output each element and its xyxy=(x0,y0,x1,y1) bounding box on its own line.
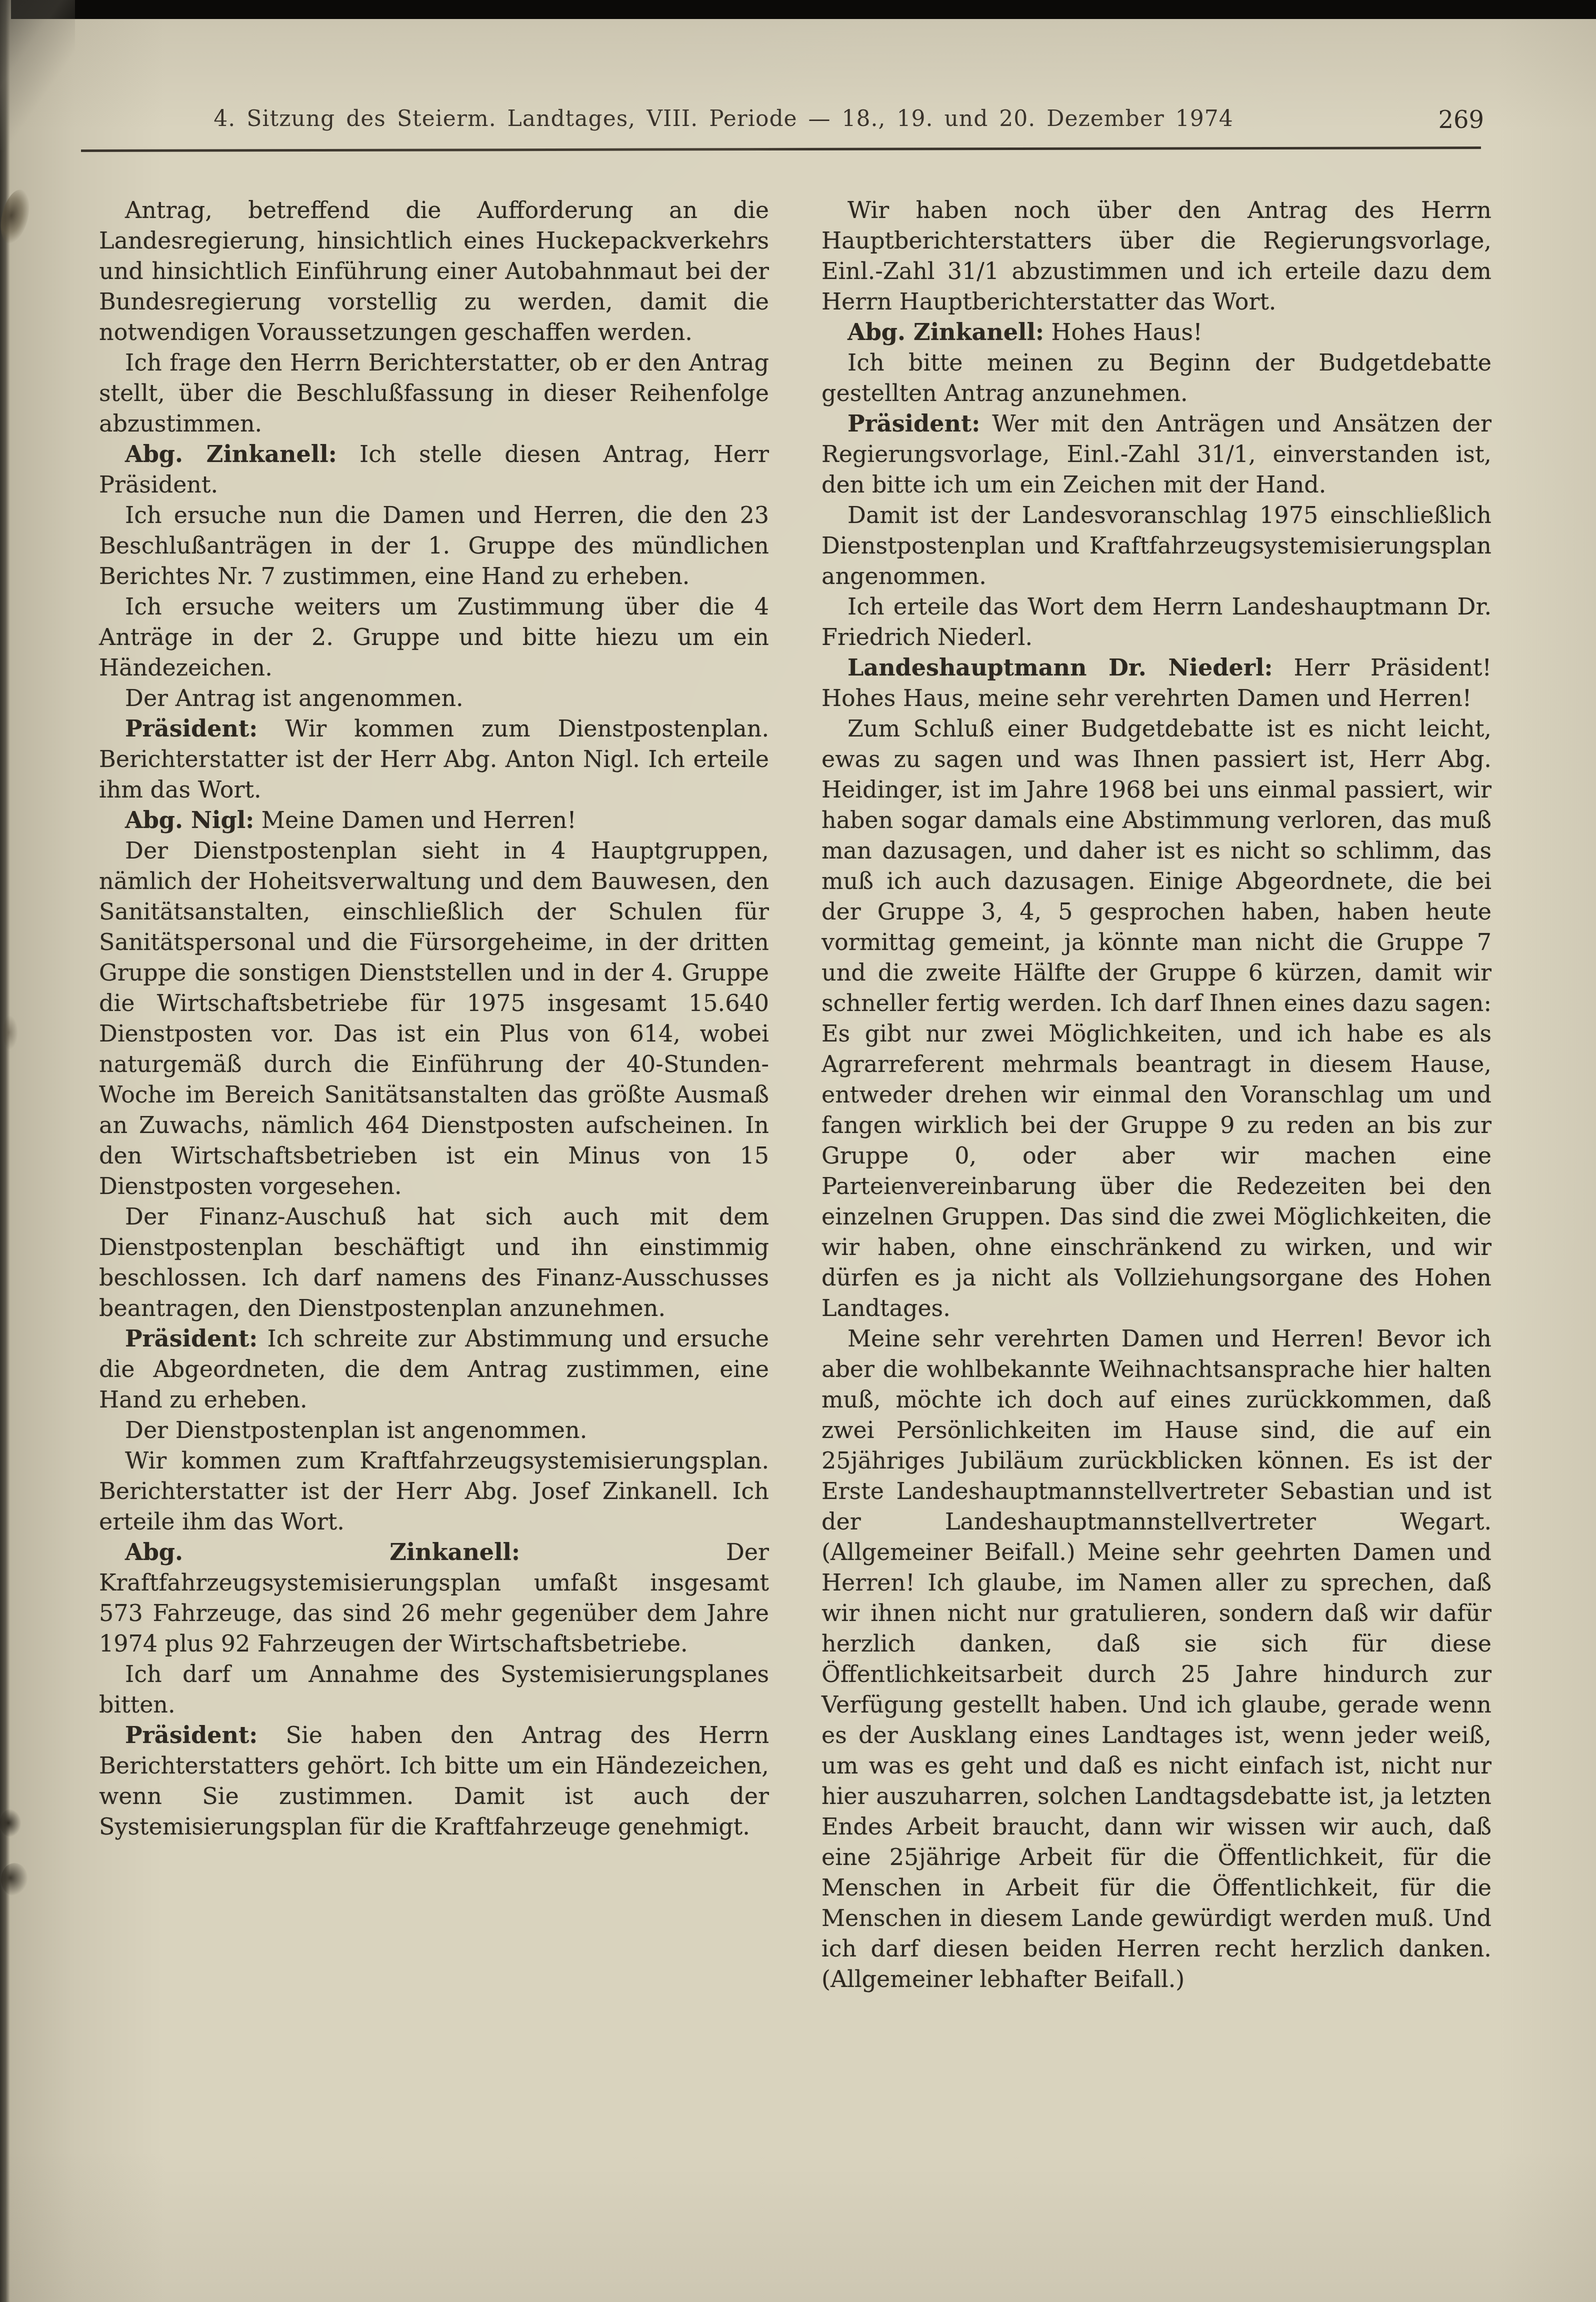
paragraph-text: Zum Schluß einer Budgetdebatte ist es ni… xyxy=(821,715,1491,1321)
paragraph: Zum Schluß einer Budgetdebatte ist es ni… xyxy=(821,713,1491,1323)
paragraph: Abg. Nigl: Meine Damen und Herren! xyxy=(99,805,769,835)
paragraph-text: Damit ist der Landesvoranschlag 1975 ein… xyxy=(821,501,1491,589)
paragraph: Damit ist der Landesvoranschlag 1975 ein… xyxy=(821,500,1491,591)
paragraph: Meine sehr verehrten Damen und Herren! B… xyxy=(821,1323,1491,1994)
paragraph-text: Hohes Haus! xyxy=(1051,318,1202,345)
paragraph-text: Ich darf um Annahme des Systemisierungsp… xyxy=(99,1660,769,1718)
right-column: Wir haben noch über den Antrag des Herrn… xyxy=(821,195,1491,1994)
paragraph-text: Meine Damen und Herren! xyxy=(261,806,576,833)
paragraph-text: Ich bitte meinen zu Beginn der Budgetdeb… xyxy=(821,349,1491,406)
speaker-name: Präsident: xyxy=(125,1721,257,1748)
paragraph: Präsident: Wir kommen zum Dienstpostenpl… xyxy=(99,713,769,805)
paragraph: Antrag, betreffend die Aufforderung an d… xyxy=(99,195,769,347)
speaker-name: Präsident: xyxy=(125,715,257,742)
speaker-name: Abg. Zinkanell: xyxy=(847,318,1044,345)
page-number: 269 xyxy=(1438,106,1484,134)
speaker-name: Präsident: xyxy=(125,1325,257,1352)
paragraph-text: Wir kommen zum Kraftfahrzeugsystemisieru… xyxy=(99,1447,769,1535)
paragraph: Präsident: Ich schreite zur Abstimmung u… xyxy=(99,1323,769,1415)
paragraph: Ich darf um Annahme des Systemisierungsp… xyxy=(99,1659,769,1720)
paragraph-text: Meine sehr verehrten Damen und Herren! B… xyxy=(821,1325,1491,1992)
left-column: Antrag, betreffend die Aufforderung an d… xyxy=(99,195,769,1994)
paragraph: Präsident: Sie haben den Antrag des Herr… xyxy=(99,1720,769,1842)
paragraph: Präsident: Wer mit den Anträgen und Ansä… xyxy=(821,408,1491,500)
paragraph: Der Finanz-Auschuß hat sich auch mit dem… xyxy=(99,1201,769,1323)
scan-artifact xyxy=(1,1863,28,1896)
paragraph: Ich erteile das Wort dem Herrn Landeshau… xyxy=(821,591,1491,652)
speaker-name: Landeshauptmann Dr. Niederl: xyxy=(847,654,1272,681)
paragraph: Abg. Zinkanell: Ich stelle diesen Antrag… xyxy=(99,439,769,500)
paragraph-text: Antrag, betreffend die Aufforderung an d… xyxy=(99,196,769,345)
text-columns: Antrag, betreffend die Aufforderung an d… xyxy=(99,195,1491,1994)
paragraph: Landeshauptmann Dr. Niederl: Herr Präsid… xyxy=(821,652,1491,713)
speaker-name: Abg. Zinkanell: xyxy=(125,440,337,467)
paragraph-text: Ich erteile das Wort dem Herrn Landeshau… xyxy=(821,593,1491,650)
paragraph: Ich bitte meinen zu Beginn der Budgetdeb… xyxy=(821,347,1491,408)
paragraph: Abg. Zinkanell: Der Kraftfahrzeugsystemi… xyxy=(99,1537,769,1659)
speaker-name: Abg. Zinkanell: xyxy=(125,1538,520,1565)
paragraph-text: Der Dienstpostenplan ist angenommen. xyxy=(125,1416,587,1443)
paragraph: Wir kommen zum Kraftfahrzeugsystemisieru… xyxy=(99,1445,769,1537)
paragraph: Der Dienstpostenplan ist angenommen. xyxy=(99,1415,769,1445)
paragraph: Abg. Zinkanell: Hohes Haus! xyxy=(821,317,1491,347)
scanned-page: 4. Sitzung des Steierm. Landtages, VIII.… xyxy=(0,0,1596,2302)
paragraph: Ich ersuche nun die Damen und Herren, di… xyxy=(99,500,769,591)
paragraph-text: Wir haben noch über den Antrag des Herrn… xyxy=(821,196,1491,315)
paragraph-text: Der Antrag ist angenommen. xyxy=(125,684,463,711)
speaker-name: Präsident: xyxy=(847,410,980,437)
paragraph: Wir haben noch über den Antrag des Herrn… xyxy=(821,195,1491,317)
paragraph: Der Dienstpostenplan sieht in 4 Hauptgru… xyxy=(99,835,769,1201)
page-title: 4. Sitzung des Steierm. Landtages, VIII.… xyxy=(100,106,1347,131)
page-header: 4. Sitzung des Steierm. Landtages, VIII.… xyxy=(100,106,1487,141)
paragraph: Ich frage den Herrn Berichterstatter, ob… xyxy=(99,347,769,439)
paragraph: Der Antrag ist angenommen. xyxy=(99,683,769,713)
scan-top-edge xyxy=(11,0,1596,19)
paragraph: Ich ersuche weiters um Zustimmung über d… xyxy=(99,591,769,683)
scan-corner-shadow xyxy=(0,0,75,150)
paragraph-text: Ich ersuche weiters um Zustimmung über d… xyxy=(99,593,769,681)
speaker-name: Abg. Nigl: xyxy=(125,806,254,833)
scan-artifact xyxy=(3,1015,18,1050)
scan-left-edge xyxy=(0,0,10,2302)
paragraph-text: Der Dienstpostenplan sieht in 4 Hauptgru… xyxy=(99,837,769,1199)
scan-artifact xyxy=(0,1809,21,1837)
header-rule xyxy=(81,146,1481,152)
paragraph-text: Ich frage den Herrn Berichterstatter, ob… xyxy=(99,349,769,437)
paragraph-text: Der Finanz-Auschuß hat sich auch mit dem… xyxy=(99,1203,769,1321)
paragraph-text: Ich ersuche nun die Damen und Herren, di… xyxy=(99,501,769,589)
